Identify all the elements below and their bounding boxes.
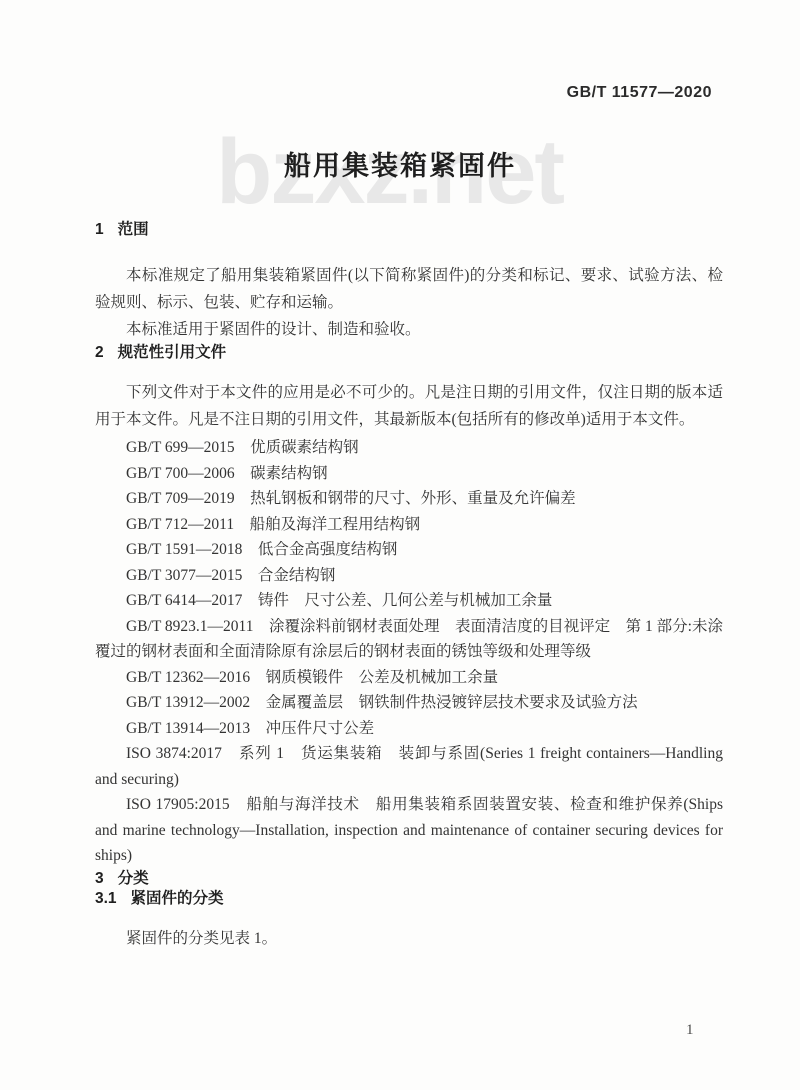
section-number: 3 (95, 870, 104, 887)
section-heading-references: 2规范性引用文件 (95, 343, 723, 363)
reference-item: ISO 3874:2017 系列 1 货运集装箱 装卸与系固(Series 1 … (95, 741, 723, 792)
reference-item: GB/T 709—2019 热轧钢板和钢带的尺寸、外形、重量及允许偏差 (95, 486, 723, 512)
subsection-title: 紧固件的分类 (131, 890, 224, 907)
subsection-number: 3.1 (95, 890, 117, 907)
standard-code: GB/T 11577—2020 (567, 84, 712, 102)
section-heading-scope: 1范围 (95, 220, 723, 240)
subsection-heading-classification: 3.1紧固件的分类 (95, 889, 723, 909)
section-number: 1 (95, 221, 104, 238)
references-intro: 下列文件对于本文件的应用是必不可少的。凡是注日期的引用文件，仅注日期的版本适用于… (95, 379, 723, 433)
section-title: 范围 (118, 221, 149, 238)
scope-paragraph-1: 本标准规定了船用集装箱紧固件(以下简称紧固件)的分类和标记、要求、试验方法、检验… (95, 262, 723, 316)
section-number: 2 (95, 344, 104, 361)
reference-item: GB/T 712—2011 船舶及海洋工程用结构钢 (95, 512, 723, 538)
reference-item: GB/T 8923.1—2011 涂覆涂料前钢材表面处理 表面清洁度的目视评定 … (95, 614, 723, 665)
section-title: 规范性引用文件 (118, 344, 227, 361)
reference-item: GB/T 699—2015 优质碳素结构钢 (95, 435, 723, 461)
section-title: 分类 (118, 870, 149, 887)
page-number: 1 (686, 1022, 694, 1039)
reference-item: GB/T 13912—2002 金属覆盖层 钢铁制件热浸镀锌层技术要求及试验方法 (95, 690, 723, 716)
reference-item: ISO 17905:2015 船舶与海洋技术 船用集装箱系固装置安装、检查和维护… (95, 792, 723, 869)
reference-item: GB/T 1591—2018 低合金高强度结构钢 (95, 537, 723, 563)
reference-item: GB/T 3077—2015 合金结构钢 (95, 563, 723, 589)
reference-list: GB/T 699—2015 优质碳素结构钢 GB/T 700—2006 碳素结构… (95, 435, 723, 869)
reference-item: GB/T 700—2006 碳素结构钢 (95, 461, 723, 487)
classification-paragraph: 紧固件的分类见表 1。 (95, 925, 723, 952)
reference-item: GB/T 12362—2016 钢质模锻件 公差及机械加工余量 (95, 665, 723, 691)
section-heading-classification: 3分类 (95, 869, 723, 889)
scope-paragraph-2: 本标准适用于紧固件的设计、制造和验收。 (95, 316, 723, 343)
reference-item: GB/T 13914—2013 冲压件尺寸公差 (95, 716, 723, 742)
document-page: GB/T 11577—2020 bzxz.net 船用集装箱紧固件 1范围 本标… (0, 0, 800, 1090)
document-body: 1范围 本标准规定了船用集装箱紧固件(以下简称紧固件)的分类和标记、要求、试验方… (95, 220, 723, 952)
reference-item: GB/T 6414—2017 铸件 尺寸公差、几何公差与机械加工余量 (95, 588, 723, 614)
document-title: 船用集装箱紧固件 (0, 144, 800, 183)
